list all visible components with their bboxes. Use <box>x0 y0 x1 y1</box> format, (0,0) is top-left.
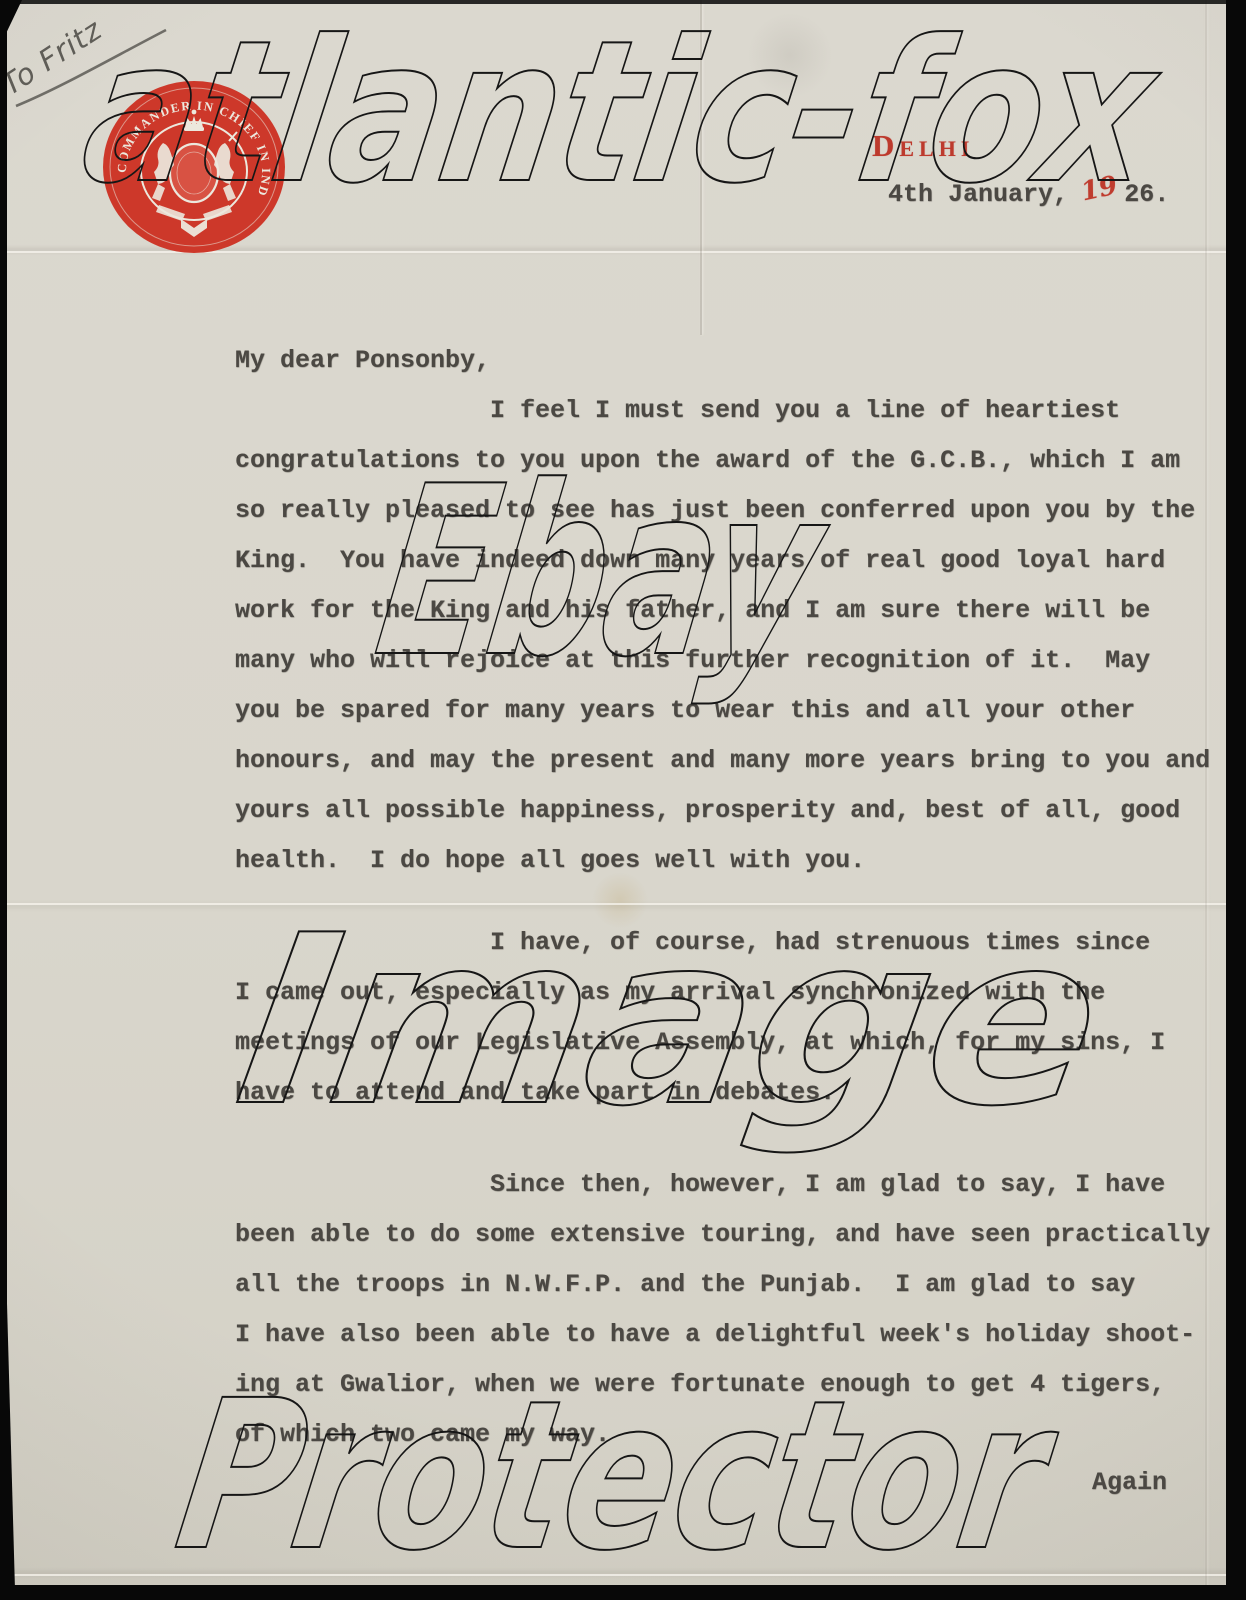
letter-line: have to attend and take part in debates. <box>235 1068 1235 1118</box>
letter-line: King. You have indeed down many years of… <box>235 536 1235 586</box>
page-catchword: Again <box>1092 1468 1167 1497</box>
salutation: My dear Ponsonby, <box>235 336 1235 386</box>
letter-line: congratulations to you upon the award of… <box>235 436 1235 486</box>
letter-line: I came out, especially as my arrival syn… <box>235 968 1235 1018</box>
handwritten-note: To Fritz <box>0 0 220 150</box>
scan-edge-right <box>1226 0 1246 1600</box>
letter-line: been able to do some extensive touring, … <box>235 1210 1235 1260</box>
date-day-month: 4th January, <box>888 180 1068 209</box>
letter-line: I feel I must send you a line of heartie… <box>235 386 1235 436</box>
scan-edge-top <box>0 0 1246 4</box>
letter-line: work for the King and his father, and I … <box>235 586 1235 636</box>
letter-line: you be spared for many years to wear thi… <box>235 686 1235 736</box>
letter-page: To Fritz COMMANDER IN CHIEF IN INDIA Del… <box>0 0 1246 1600</box>
letter-line: honours, and may the present and many mo… <box>235 736 1235 786</box>
fold-crease-vertical <box>700 0 702 335</box>
letter-line: yours all possible happiness, prosperity… <box>235 786 1235 836</box>
typed-year: 26. <box>1124 180 1169 209</box>
letter-line: so really pleased to see has just been c… <box>235 486 1235 536</box>
letter-line: Since then, however, I am glad to say, I… <box>235 1160 1235 1210</box>
letterhead-place: Delhi <box>872 128 974 164</box>
letter-line: meetings of our Legislative Assembly, at… <box>235 1018 1235 1068</box>
letter-line: I have also been able to have a delightf… <box>235 1310 1235 1360</box>
letter-line: health. I do hope all goes well with you… <box>235 836 1235 886</box>
letter-line: ing at Gwalior, when we were fortunate e… <box>235 1360 1235 1410</box>
letter-line: many who will rejoice at this further re… <box>235 636 1235 686</box>
fold-crease-bottom <box>0 1574 1246 1576</box>
preprinted-year: 19 <box>1078 171 1120 208</box>
letter-line: all the troops in N.W.F.P. and the Punja… <box>235 1260 1235 1310</box>
letter-line: I have, of course, had strenuous times s… <box>235 918 1235 968</box>
date-line: 4th January,1926. <box>888 178 1169 209</box>
letter-line: of which two came my way. <box>235 1410 1235 1460</box>
letter-body: My dear Ponsonby, I feel I must send you… <box>235 336 1235 1460</box>
scan-edge-bottom <box>0 1585 1246 1600</box>
